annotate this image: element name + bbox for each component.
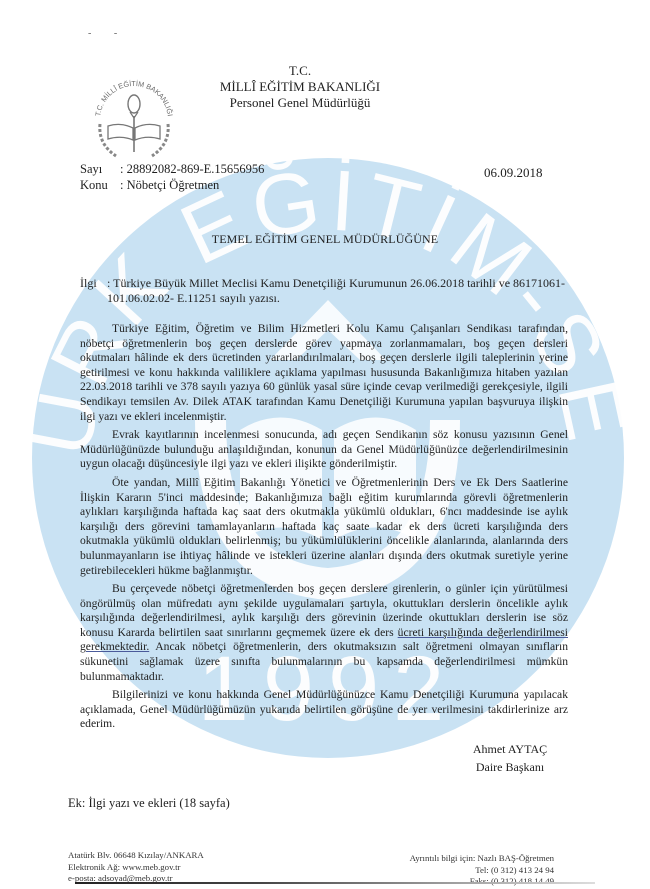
paragraph-1: Türkiye Eğitim, Öğretim ve Bilim Hizmetl… — [80, 322, 568, 424]
ilgi-label: İlgi — [80, 276, 97, 291]
paragraph-2: Evrak kayıtlarının incelenmesi sonucunda… — [80, 428, 568, 472]
sayi-value: : 28892082-869-E.15656956 — [120, 162, 264, 176]
ministry-logo-icon: T.C. MİLLÎ EĞİTİM BAKANLIĞI — [86, 60, 182, 168]
sayi-label: Sayı — [80, 161, 120, 177]
footer-phone: Tel: (0 312) 413 24 94 — [410, 865, 554, 877]
letterhead-ministry: MİLLÎ EĞİTİM BAKANLIĞI — [200, 79, 400, 95]
letterhead-tc: T.C. — [200, 63, 400, 79]
footer-divider — [75, 882, 595, 884]
paragraph-5: Bilgilerinizi ve konu hakkında Genel Müd… — [80, 688, 568, 732]
footer-address-block: Atatürk Blv. 06648 Kızılay/ANKARA Elektr… — [68, 850, 204, 885]
document-meta: Sayı: 28892082-869-E.15656956 Konu: Nöbe… — [80, 161, 264, 193]
paragraph-3: Öte yandan, Millî Eğitim Bakanlığı Yönet… — [80, 476, 568, 578]
signature-block: Ahmet AYTAÇ Daire Başkanı — [450, 740, 570, 776]
subject-row: Konu: Nöbetçi Öğretmen — [80, 177, 264, 193]
document-date: 06.09.2018 — [484, 165, 543, 181]
scan-speck: - - — [88, 28, 117, 39]
attachment-note: Ek: İlgi yazı ve ekleri (18 sayfa) — [68, 796, 230, 811]
paragraph-4: Bu çerçevede nöbetçi öğretmenlerden boş … — [80, 582, 568, 684]
letterhead: T.C. MİLLÎ EĞİTİM BAKANLIĞI Personel Gen… — [200, 63, 400, 111]
footer-website: Elektronik Ağ: www.meb.gov.tr — [68, 862, 204, 874]
addressee: TEMEL EĞİTİM GENEL MÜDÜRLÜĞÜNE — [0, 232, 650, 247]
konu-label: Konu — [80, 177, 120, 193]
letterhead-department: Personel Genel Müdürlüğü — [200, 95, 400, 111]
signatory-name: Ahmet AYTAÇ — [450, 740, 570, 758]
footer-address: Atatürk Blv. 06648 Kızılay/ANKARA — [68, 850, 204, 862]
official-letter-page: TÜRK EĞİTİM-SEN 1992 T.C. MİLLÎ EĞİTİM B… — [0, 0, 650, 889]
paragraph-4-part-b: Ancak nöbetçi öğretmenlerin, ders okutma… — [80, 640, 568, 682]
ilgi-text: : Türkiye Büyük Millet Meclisi Kamu Dene… — [107, 276, 572, 306]
svg-text:T.C. MİLLÎ EĞİTİM BAKANLIĞI: T.C. MİLLÎ EĞİTİM BAKANLIĞI — [93, 79, 175, 117]
reference-number-row: Sayı: 28892082-869-E.15656956 — [80, 161, 264, 177]
signatory-title: Daire Başkanı — [450, 758, 570, 776]
konu-value: : Nöbetçi Öğretmen — [120, 178, 219, 192]
footer-contact-person: Ayrıntılı bilgi için: Nazlı BAŞ-Öğretmen — [410, 853, 554, 865]
letter-body: Türkiye Eğitim, Öğretim ve Bilim Hizmetl… — [80, 322, 568, 736]
